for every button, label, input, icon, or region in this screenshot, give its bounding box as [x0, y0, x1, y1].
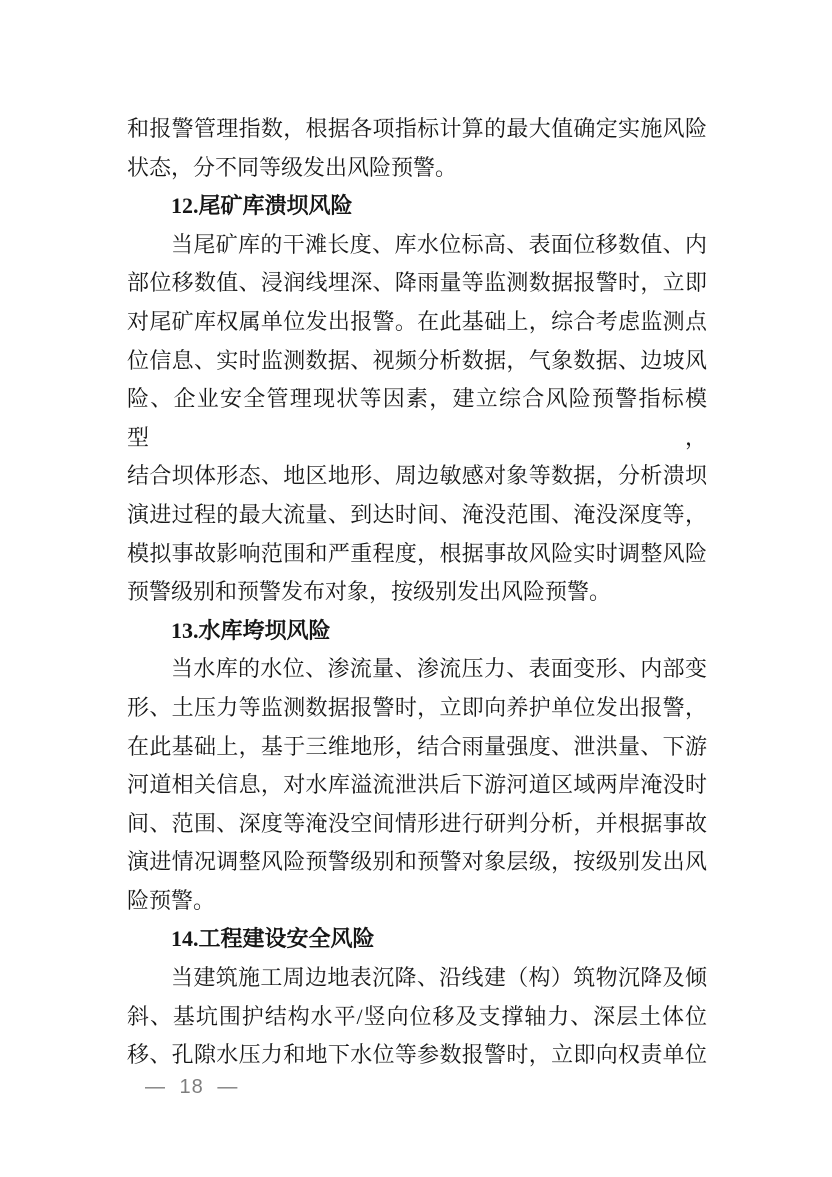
text-line: 移、孔隙水压力和地下水位等参数报警时，立即向权责单位 — [127, 1036, 707, 1075]
text-line: 部位移数值、浸润线埋深、降雨量等监测数据报警时，立即 — [127, 264, 707, 303]
document-page: 和报警管理指数，根据各项指标计算的最大值确定实施风险 状态，分不同等级发出风险预… — [0, 0, 832, 1177]
text-line: 当水库的水位、渗流量、渗流压力、表面变形、内部变 — [127, 650, 707, 689]
text-line: 当尾矿库的干滩长度、库水位标高、表面位移数值、内 — [127, 226, 707, 265]
text-line: 位信息、实时监测数据、视频分析数据，气象数据、边坡风 — [127, 342, 707, 381]
text-line: 当建筑施工周边地表沉降、沿线建（构）筑物沉降及倾 — [127, 959, 707, 998]
text-line: 和报警管理指数，根据各项指标计算的最大值确定实施风险 — [127, 110, 707, 149]
text-line: 间、范围、深度等淹没空间情形进行研判分析，并根据事故 — [127, 805, 707, 844]
text-line: 模拟事故影响范围和严重程度，根据事故风险实时调整风险 — [127, 535, 707, 574]
section-heading-14: 14.工程建设安全风险 — [127, 920, 707, 959]
section-heading-12: 12.尾矿库溃坝风险 — [127, 187, 707, 226]
text-line: 斜、基坑围护结构水平/竖向位移及支撑轴力、深层土体位 — [127, 998, 707, 1037]
text-line: 形、土压力等监测数据报警时，立即向养护单位发出报警， — [127, 689, 707, 728]
text-line: 在此基础上，基于三维地形，结合雨量强度、泄洪量、下游 — [127, 728, 707, 767]
text-line: 险、企业安全管理现状等因素，建立综合风险预警指标模型， — [127, 380, 707, 457]
page-number: — 18 — — [145, 1074, 238, 1100]
page-body: 和报警管理指数，根据各项指标计算的最大值确定实施风险 状态，分不同等级发出风险预… — [127, 110, 707, 1075]
text-line: 河道相关信息，对水库溢流泄洪后下游河道区域两岸淹没时 — [127, 766, 707, 805]
text-line: 状态，分不同等级发出风险预警。 — [127, 149, 707, 188]
section-heading-13: 13.水库垮坝风险 — [127, 612, 707, 651]
text-line: 演进情况调整风险预警级别和预警对象层级，按级别发出风 — [127, 843, 707, 882]
text-line: 结合坝体形态、地区地形、周边敏感对象等数据，分析溃坝 — [127, 457, 707, 496]
text-line: 演进过程的最大流量、到达时间、淹没范围、淹没深度等， — [127, 496, 707, 535]
text-line: 对尾矿库权属单位发出报警。在此基础上，综合考虑监测点 — [127, 303, 707, 342]
text-line: 险预警。 — [127, 882, 707, 921]
text-line: 预警级别和预警发布对象，按级别发出风险预警。 — [127, 573, 707, 612]
